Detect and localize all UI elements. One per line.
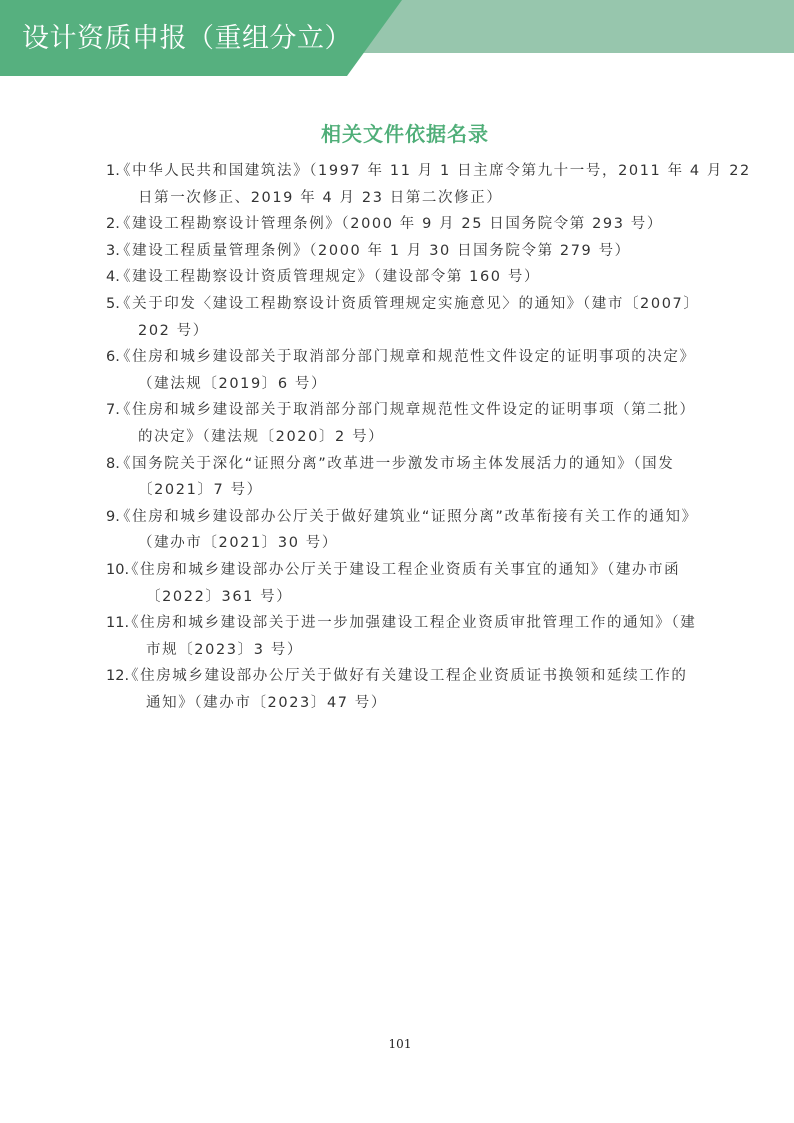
item-line: 《建设工程勘察设计管理条例》（2000 年 9 月 25 日国务院令第 293 … bbox=[116, 211, 688, 238]
item-line-continued: （建办市〔2021〕30 号） bbox=[116, 530, 698, 557]
item-number: 3. bbox=[106, 238, 116, 265]
item-text: 《关于印发〈建设工程勘察设计资质管理规定实施意见〉的通知》（建市〔2007〕20… bbox=[116, 291, 699, 344]
list-item: 3.《建设工程质量管理条例》（2000 年 1 月 30 日国务院令第 279 … bbox=[106, 238, 688, 265]
item-line: 《住房和城乡建设部关于取消部分部门规章和规范性文件设定的证明事项的决定》 bbox=[116, 344, 696, 371]
item-line-continued: 〔2021〕7 号） bbox=[116, 477, 688, 504]
item-text: 《住房和城乡建设部办公厅关于建设工程企业资质有关事宜的通知》（建办市函〔2022… bbox=[124, 557, 688, 610]
list-item: 7.《住房和城乡建设部关于取消部分部门规章规范性文件设定的证明事项（第二批）的决… bbox=[106, 397, 688, 450]
item-number: 1. bbox=[106, 158, 116, 211]
item-text: 《住房和城乡建设部关于取消部分部门规章和规范性文件设定的证明事项的决定》（建法规… bbox=[116, 344, 696, 397]
item-text: 《建设工程质量管理条例》（2000 年 1 月 30 日国务院令第 279 号） bbox=[116, 238, 688, 265]
item-number: 4. bbox=[106, 264, 116, 291]
item-text: 《住房和城乡建设部关于取消部分部门规章规范性文件设定的证明事项（第二批）的决定》… bbox=[116, 397, 696, 450]
item-number: 12. bbox=[106, 663, 124, 716]
item-line: 《住房和城乡建设部关于进一步加强建设工程企业资质审批管理工作的通知》（建 bbox=[124, 610, 696, 637]
item-number: 5. bbox=[106, 291, 116, 344]
item-line-continued: （建法规〔2019〕6 号） bbox=[116, 371, 696, 398]
item-line-continued: 日第一次修正、2019 年 4 月 23 日第二次修正） bbox=[116, 185, 751, 212]
item-number: 6. bbox=[106, 344, 116, 397]
list-item: 8.《国务院关于深化“证照分离”改革进一步激发市场主体发展活力的通知》（国发〔2… bbox=[106, 451, 688, 504]
list-item: 9.《住房和城乡建设部办公厅关于做好建筑业“证照分离”改革衔接有关工作的通知》（… bbox=[106, 504, 688, 557]
list-item: 2.《建设工程勘察设计管理条例》（2000 年 9 月 25 日国务院令第 29… bbox=[106, 211, 688, 238]
list-item: 5.《关于印发〈建设工程勘察设计资质管理规定实施意见〉的通知》（建市〔2007〕… bbox=[106, 291, 688, 344]
item-number: 8. bbox=[106, 451, 116, 504]
document-list: 1.《中华人民共和国建筑法》（1997 年 11 月 1 日主席令第九十一号，2… bbox=[106, 158, 688, 716]
item-number: 2. bbox=[106, 211, 116, 238]
item-number: 11. bbox=[106, 610, 124, 663]
item-line: 《国务院关于深化“证照分离”改革进一步激发市场主体发展活力的通知》（国发 bbox=[116, 451, 688, 478]
list-item: 10.《住房和城乡建设部办公厅关于建设工程企业资质有关事宜的通知》（建办市函〔2… bbox=[106, 557, 688, 610]
item-line: 《住房和城乡建设部办公厅关于做好建筑业“证照分离”改革衔接有关工作的通知》 bbox=[116, 504, 698, 531]
list-item: 4.《建设工程勘察设计资质管理规定》（建设部令第 160 号） bbox=[106, 264, 688, 291]
item-line: 《中华人民共和国建筑法》（1997 年 11 月 1 日主席令第九十一号，201… bbox=[116, 158, 751, 185]
list-item: 11.《住房和城乡建设部关于进一步加强建设工程企业资质审批管理工作的通知》（建市… bbox=[106, 610, 688, 663]
item-number: 7. bbox=[106, 397, 116, 450]
item-text: 《国务院关于深化“证照分离”改革进一步激发市场主体发展活力的通知》（国发〔202… bbox=[116, 451, 688, 504]
item-text: 《建设工程勘察设计管理条例》（2000 年 9 月 25 日国务院令第 293 … bbox=[116, 211, 688, 238]
item-line-continued: 的决定》（建法规〔2020〕2 号） bbox=[116, 424, 696, 451]
item-line: 《住房和城乡建设部关于取消部分部门规章规范性文件设定的证明事项（第二批） bbox=[116, 397, 696, 424]
item-line: 《住房城乡建设部办公厅关于做好有关建设工程企业资质证书换领和延续工作的 bbox=[124, 663, 688, 690]
item-text: 《中华人民共和国建筑法》（1997 年 11 月 1 日主席令第九十一号，201… bbox=[116, 158, 751, 211]
item-text: 《住房和城乡建设部办公厅关于做好建筑业“证照分离”改革衔接有关工作的通知》（建办… bbox=[116, 504, 698, 557]
item-line-continued: 通知》（建办市〔2023〕47 号） bbox=[124, 690, 688, 717]
list-item: 1.《中华人民共和国建筑法》（1997 年 11 月 1 日主席令第九十一号，2… bbox=[106, 158, 688, 211]
item-line: 《住房和城乡建设部办公厅关于建设工程企业资质有关事宜的通知》（建办市函 bbox=[124, 557, 688, 584]
item-text: 《建设工程勘察设计资质管理规定》（建设部令第 160 号） bbox=[116, 264, 688, 291]
item-line: 《建设工程质量管理条例》（2000 年 1 月 30 日国务院令第 279 号） bbox=[116, 238, 688, 265]
item-line-continued: 市规〔2023〕3 号） bbox=[124, 637, 696, 664]
page-number: 101 bbox=[0, 1036, 794, 1052]
item-number: 9. bbox=[106, 504, 116, 557]
item-text: 《住房和城乡建设部关于进一步加强建设工程企业资质审批管理工作的通知》（建市规〔2… bbox=[124, 610, 696, 663]
list-item: 6.《住房和城乡建设部关于取消部分部门规章和规范性文件设定的证明事项的决定》（建… bbox=[106, 344, 688, 397]
item-line: 《建设工程勘察设计资质管理规定》（建设部令第 160 号） bbox=[116, 264, 688, 291]
item-text: 《住房城乡建设部办公厅关于做好有关建设工程企业资质证书换领和延续工作的通知》（建… bbox=[124, 663, 688, 716]
item-line-continued: 〔2022〕361 号） bbox=[124, 584, 688, 611]
list-item: 12.《住房城乡建设部办公厅关于做好有关建设工程企业资质证书换领和延续工作的通知… bbox=[106, 663, 688, 716]
page-heading: 相关文件依据名录 bbox=[0, 120, 794, 148]
section-title: 设计资质申报（重组分立） bbox=[22, 21, 352, 57]
item-number: 10. bbox=[106, 557, 124, 610]
item-line-continued: 202 号） bbox=[116, 318, 699, 345]
item-line: 《关于印发〈建设工程勘察设计资质管理规定实施意见〉的通知》（建市〔2007〕 bbox=[116, 291, 699, 318]
